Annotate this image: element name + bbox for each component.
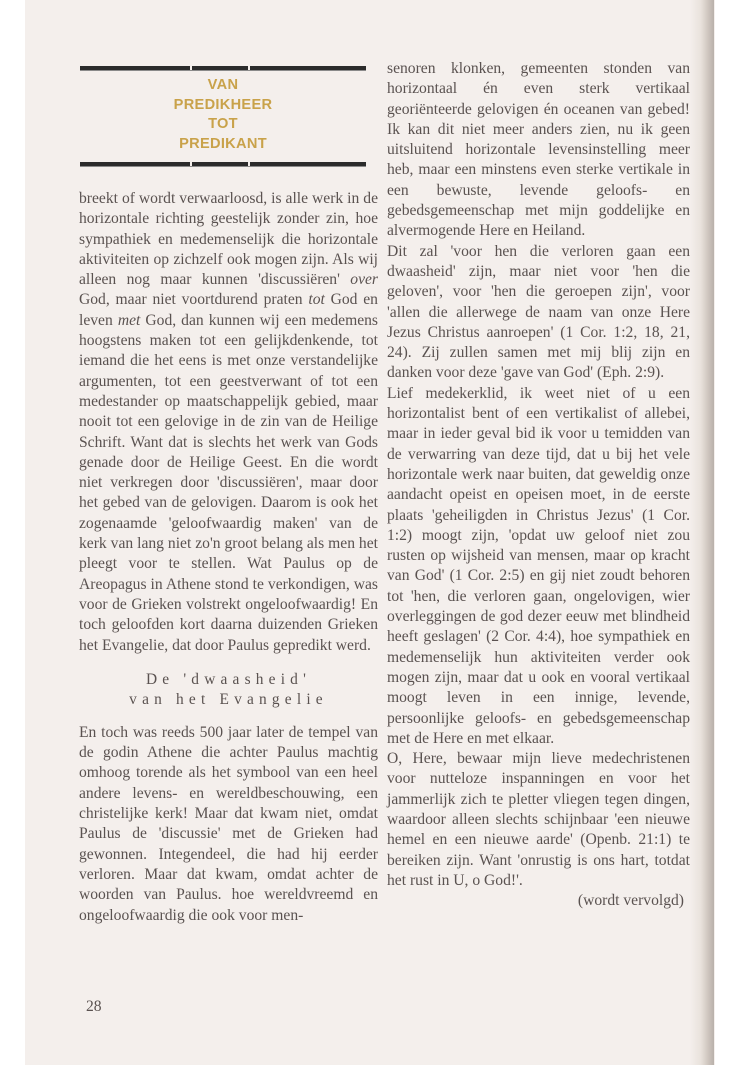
body-paragraph: O, Here, bewaar mijn lieve medechristene…	[387, 749, 690, 891]
title-line: VAN	[80, 76, 366, 96]
title-line: PREDIKHEER	[80, 96, 366, 116]
body-paragraph: Dit zal 'voor hen die verloren gaan een …	[387, 242, 690, 384]
emphasis: tot	[308, 291, 324, 308]
header-top-rule	[80, 66, 366, 70]
emphasis: over	[350, 271, 378, 288]
body-paragraph: En toch was reeds 500 jaar later de temp…	[79, 723, 378, 926]
section-subheading: De 'dwaasheid' van het Evangelie	[79, 670, 378, 711]
body-paragraph: Lief medekerklid, ik weet niet of u een …	[387, 384, 690, 749]
title-line: TOT	[80, 115, 366, 135]
title-line: PREDIKANT	[80, 135, 366, 155]
body-paragraph: senoren klonken, gemeenten stonden van h…	[387, 59, 690, 242]
right-column: senoren klonken, gemeenten stonden van h…	[387, 59, 690, 911]
body-paragraph: breekt of wordt verwaarloosd, is alle we…	[79, 189, 378, 656]
page-spine-shadow	[690, 0, 714, 1065]
page-number: 28	[86, 998, 102, 1016]
header-bottom-rule	[80, 162, 366, 166]
article-title: VAN PREDIKHEER TOT PREDIKANT	[80, 76, 366, 154]
left-column: breekt of wordt verwaarloosd, is alle we…	[79, 189, 378, 926]
article-header: VAN PREDIKHEER TOT PREDIKANT	[80, 62, 366, 174]
continued-note: (wordt vervolgd)	[387, 891, 690, 911]
emphasis: met	[118, 312, 141, 329]
